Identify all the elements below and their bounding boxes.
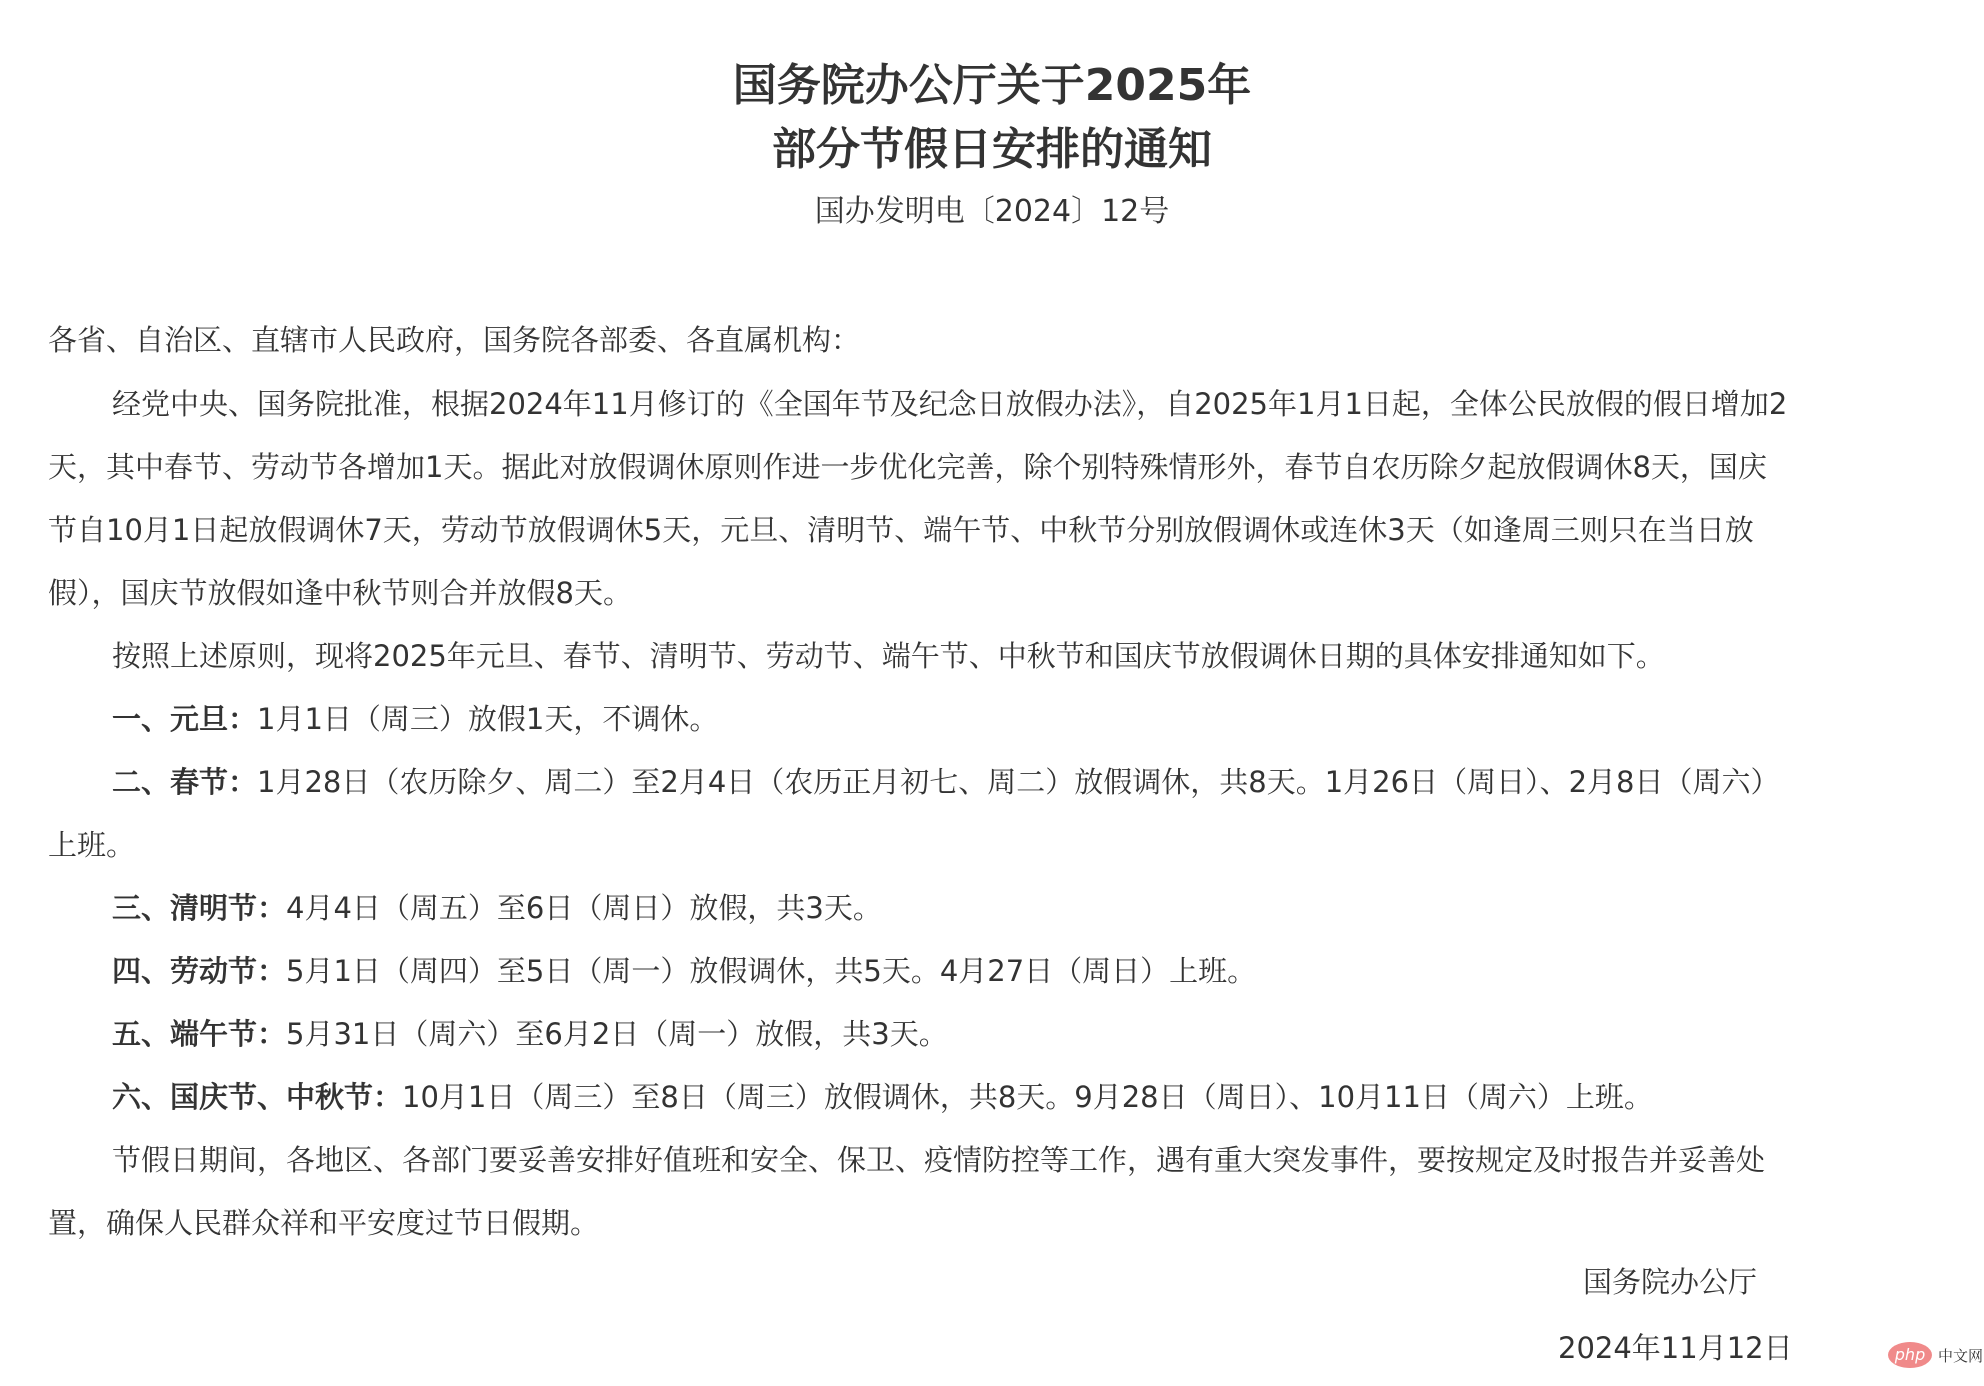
holiday-label: 六、国庆节、中秋节： bbox=[112, 1080, 402, 1114]
watermark-text: 中文网 bbox=[1938, 1345, 1983, 1366]
holiday-item-national-day: 六、国庆节、中秋节：10月1日（周三）至8日（周三）放假调休，共8天。9月28日… bbox=[112, 1077, 1653, 1117]
holiday-text: 4月4日（周五）至6日（周日）放假，共3天。 bbox=[286, 891, 882, 925]
holiday-item-qingming: 三、清明节：4月4日（周五）至6日（周日）放假，共3天。 bbox=[112, 888, 882, 928]
holiday-label: 一、元旦： bbox=[112, 702, 257, 736]
paragraph1-line1: 经党中央、国务院批准，根据2024年11月修订的《全国年节及纪念日放假办法》，自… bbox=[112, 384, 1787, 424]
holiday-text: 5月31日（周六）至6月2日（周一）放假，共3天。 bbox=[286, 1017, 948, 1051]
holiday-item-spring-festival-continuation: 上班。 bbox=[48, 825, 135, 865]
signature-date: 2024年11月12日 bbox=[1558, 1328, 1793, 1368]
holiday-text: 5月1日（周四）至5日（周一）放假调休，共5天。4月27日（周日）上班。 bbox=[286, 954, 1256, 988]
paragraph1-line4: 假），国庆节放假如逢中秋节则合并放假8天。 bbox=[48, 573, 632, 613]
holiday-label: 二、春节： bbox=[112, 765, 257, 799]
closing-line2: 置，确保人民群众祥和平安度过节日假期。 bbox=[48, 1203, 599, 1243]
paragraph1-line3: 节自10月1日起放假调休7天，劳动节放假调休5天，元旦、清明节、端午节、中秋节分… bbox=[48, 510, 1754, 550]
closing-line1: 节假日期间，各地区、各部门要妥善安排好值班和安全、保卫、疫情防控等工作，遇有重大… bbox=[112, 1140, 1765, 1180]
holiday-item-spring-festival: 二、春节：1月28日（农历除夕、周二）至2月4日（农历正月初七、周二）放假调休，… bbox=[112, 762, 1779, 802]
php-logo-icon: php bbox=[1888, 1342, 1932, 1368]
holiday-item-labor-day: 四、劳动节：5月1日（周四）至5日（周一）放假调休，共5天。4月27日（周日）上… bbox=[112, 951, 1256, 991]
paragraph1-line2: 天，其中春节、劳动节各增加1天。据此对放假调休原则作进一步优化完善，除个别特殊情… bbox=[48, 447, 1767, 487]
holiday-label: 四、劳动节： bbox=[112, 954, 286, 988]
holiday-text: 10月1日（周三）至8日（周三）放假调休，共8天。9月28日（周日）、10月11… bbox=[402, 1080, 1653, 1114]
document-title-line1: 国务院办公厅关于2025年 bbox=[0, 62, 1984, 110]
holiday-item-dragon-boat: 五、端午节：5月31日（周六）至6月2日（周一）放假，共3天。 bbox=[112, 1014, 948, 1054]
holiday-text: 1月28日（农历除夕、周二）至2月4日（农历正月初七、周二）放假调休，共8天。1… bbox=[257, 765, 1779, 799]
paragraph2: 按照上述原则，现将2025年元旦、春节、清明节、劳动节、端午节、中秋节和国庆节放… bbox=[112, 636, 1665, 676]
salutation: 各省、自治区、直辖市人民政府，国务院各部委、各直属机构： bbox=[48, 320, 860, 360]
document-number: 国办发明电〔2024〕12号 bbox=[0, 194, 1984, 230]
document-title-line2: 部分节假日安排的通知 bbox=[0, 126, 1984, 174]
holiday-item-new-year: 一、元旦：1月1日（周三）放假1天，不调休。 bbox=[112, 699, 718, 739]
holiday-label: 三、清明节： bbox=[112, 891, 286, 925]
holiday-label: 五、端午节： bbox=[112, 1017, 286, 1051]
holiday-text: 1月1日（周三）放假1天，不调休。 bbox=[257, 702, 718, 736]
signature-issuer: 国务院办公厅 bbox=[1583, 1262, 1757, 1302]
watermark: php 中文网 bbox=[1888, 1342, 1983, 1368]
